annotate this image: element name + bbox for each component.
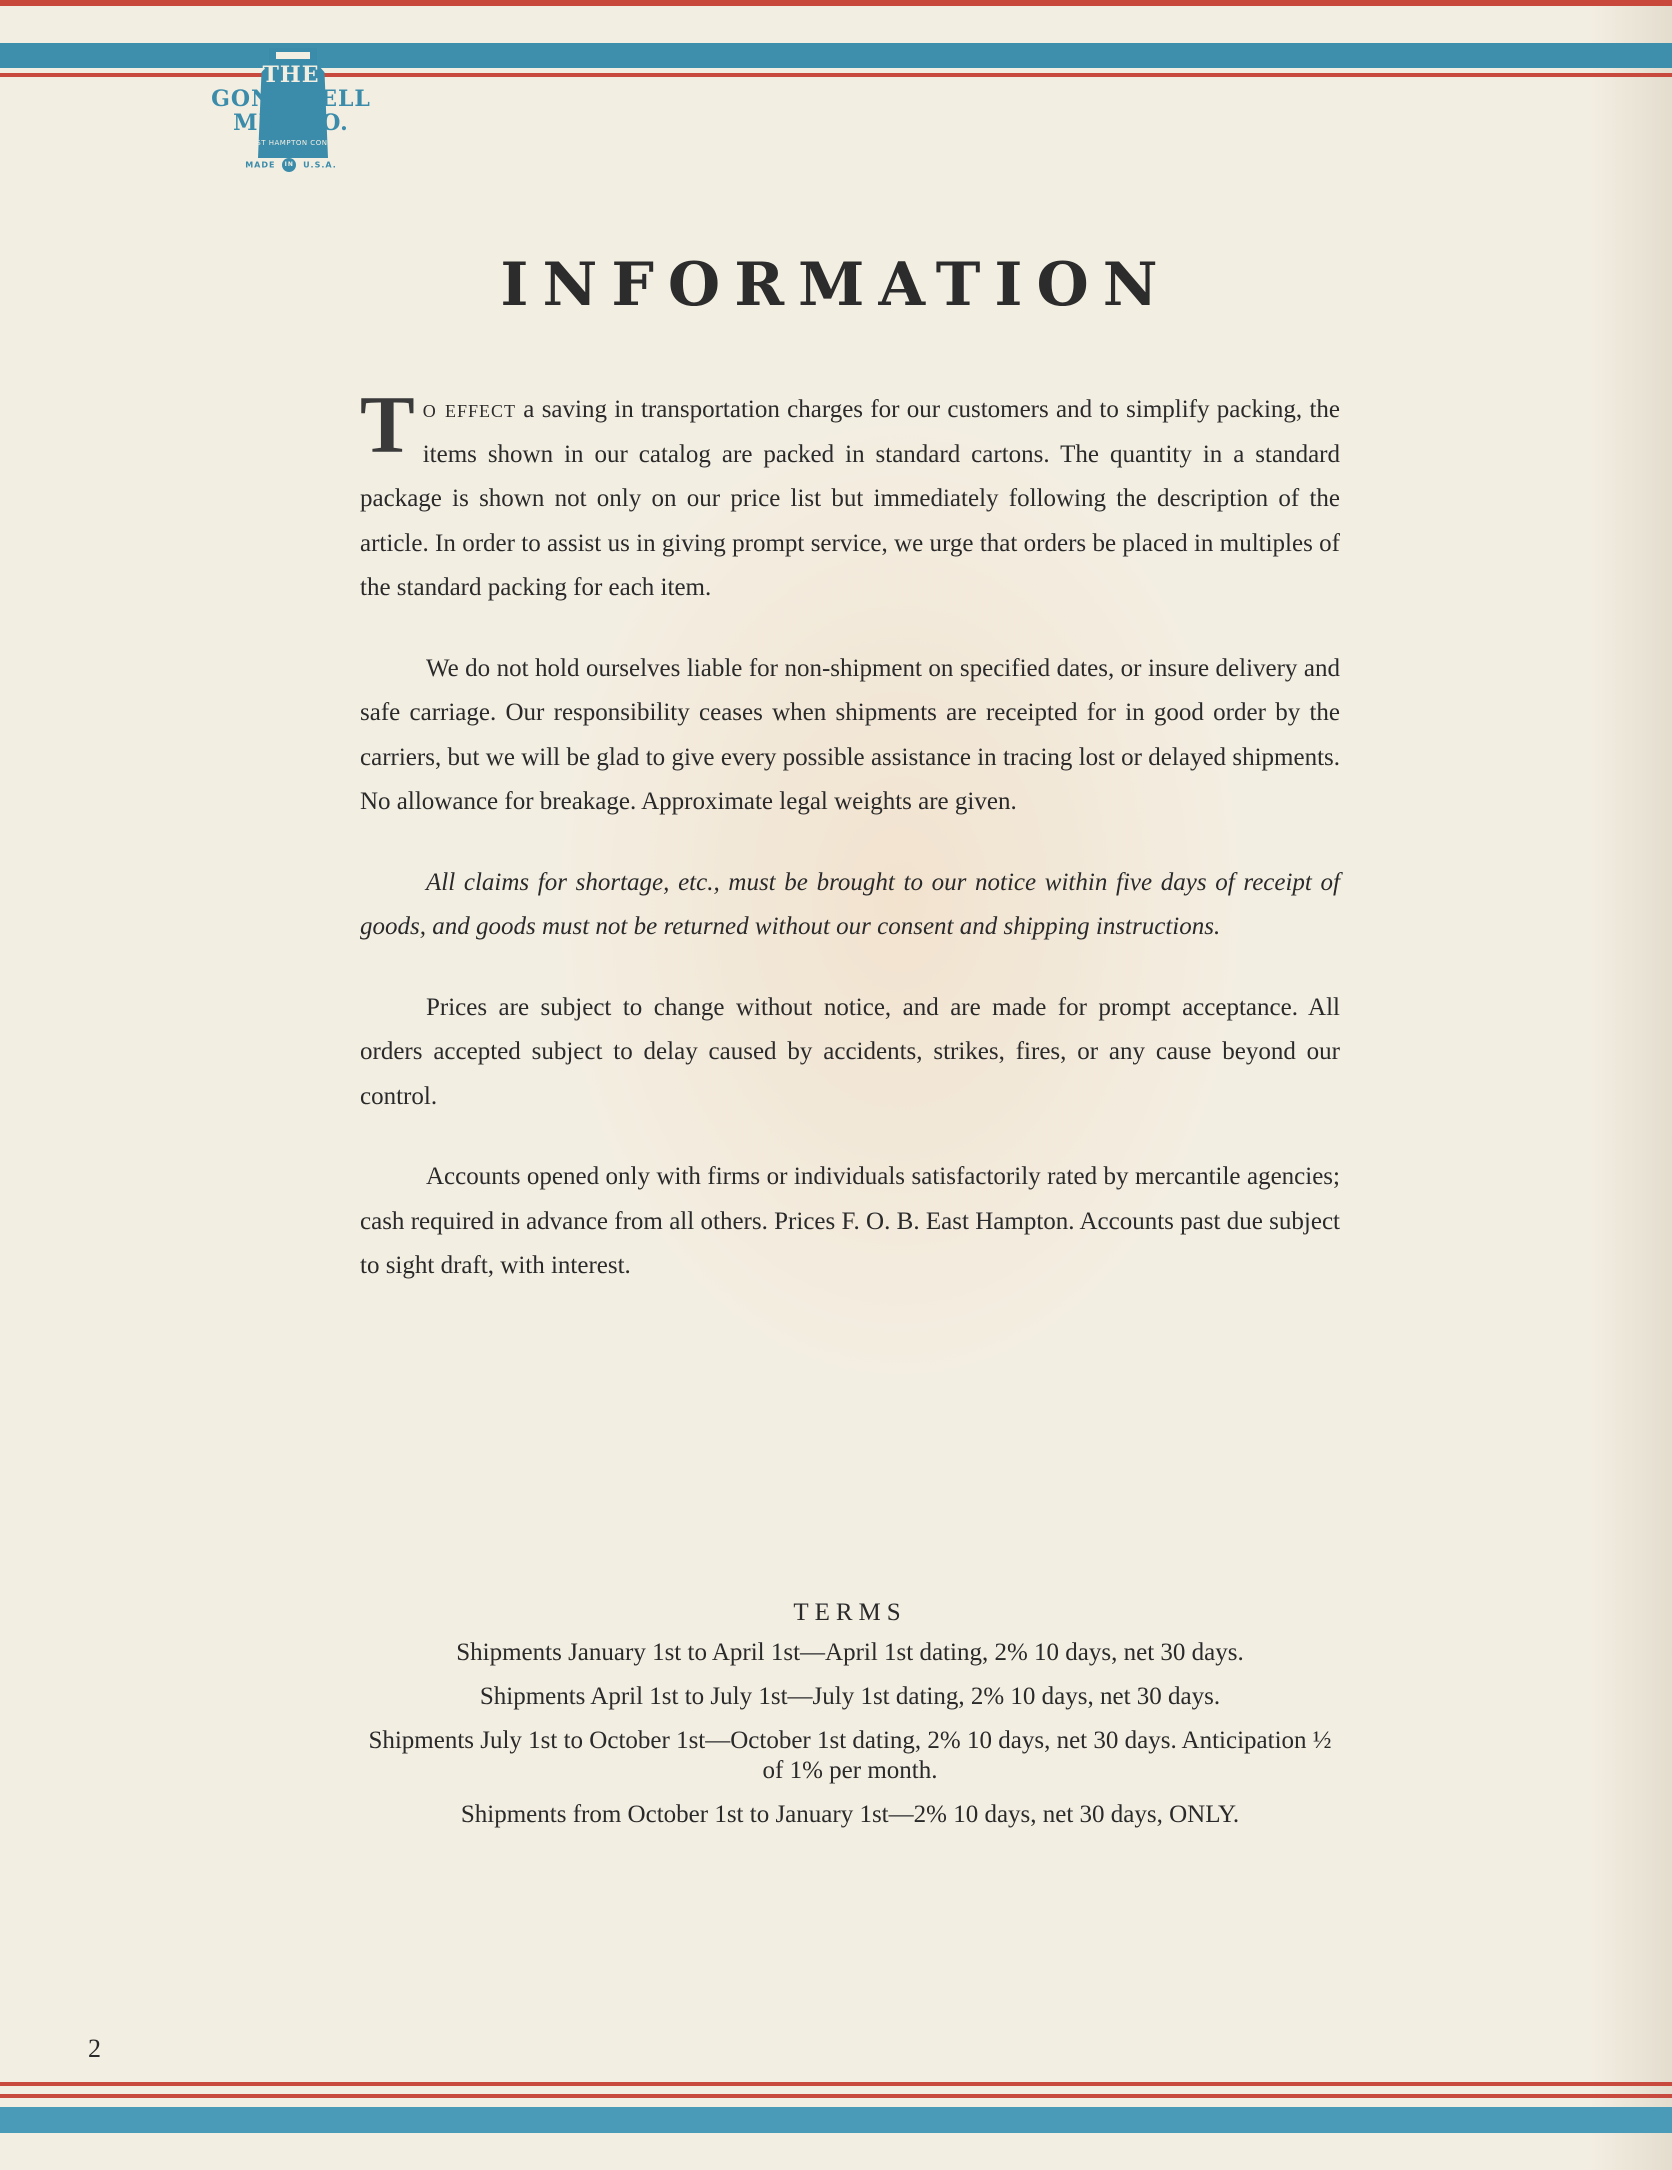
page-number: 2 bbox=[88, 2034, 101, 2064]
in-circle: IN bbox=[282, 158, 296, 172]
terms-heading: TERMS bbox=[360, 1598, 1340, 1628]
bell-handle bbox=[276, 52, 310, 59]
logo-line-mfg-co: MFG.CO. bbox=[206, 110, 376, 136]
made-prefix: MADE bbox=[245, 161, 275, 170]
drop-cap: T bbox=[360, 392, 415, 458]
lead-in: o effect bbox=[423, 396, 516, 423]
paragraph-packing: To effect a saving in transportation cha… bbox=[360, 388, 1340, 611]
made-in-usa: MADE IN U.S.A. bbox=[206, 158, 376, 172]
information-body: To effect a saving in transportation cha… bbox=[360, 388, 1340, 1325]
bottom-red-rule bbox=[0, 2094, 1672, 2098]
terms-item: Shipments from October 1st to January 1s… bbox=[360, 1800, 1340, 1830]
terms-item: Shipments July 1st to October 1st—Octobe… bbox=[360, 1726, 1340, 1786]
paragraph-packing-text: a saving in transportation charges for o… bbox=[360, 396, 1340, 601]
logo-city: EAST HAMPTON CONN. bbox=[206, 139, 376, 147]
paragraph-liability: We do not hold ourselves liable for non-… bbox=[360, 647, 1340, 825]
paragraph-claims: All claims for shortage, etc., must be b… bbox=[360, 861, 1340, 950]
logo-line-the: THE bbox=[206, 62, 376, 88]
terms-item: Shipments April 1st to July 1st—July 1st… bbox=[360, 1682, 1340, 1712]
bottom-red-rule bbox=[0, 2082, 1672, 2086]
logo-line-gong-bell: GONG BELL bbox=[206, 86, 376, 112]
terms-section: TERMS Shipments January 1st to April 1st… bbox=[360, 1598, 1340, 1844]
paragraph-prices: Prices are subject to change without not… bbox=[360, 986, 1340, 1120]
paragraph-accounts: Accounts opened only with firms or indiv… bbox=[360, 1155, 1340, 1289]
cover-edge bbox=[0, 0, 1672, 6]
made-suffix: U.S.A. bbox=[303, 161, 337, 170]
terms-item: Shipments January 1st to April 1st—April… bbox=[360, 1638, 1340, 1668]
bottom-blue-stripe bbox=[0, 2107, 1672, 2133]
page-title: INFORMATION bbox=[0, 250, 1672, 320]
company-logo: THE GONG BELL MFG.CO. EAST HAMPTON CONN.… bbox=[206, 36, 376, 176]
